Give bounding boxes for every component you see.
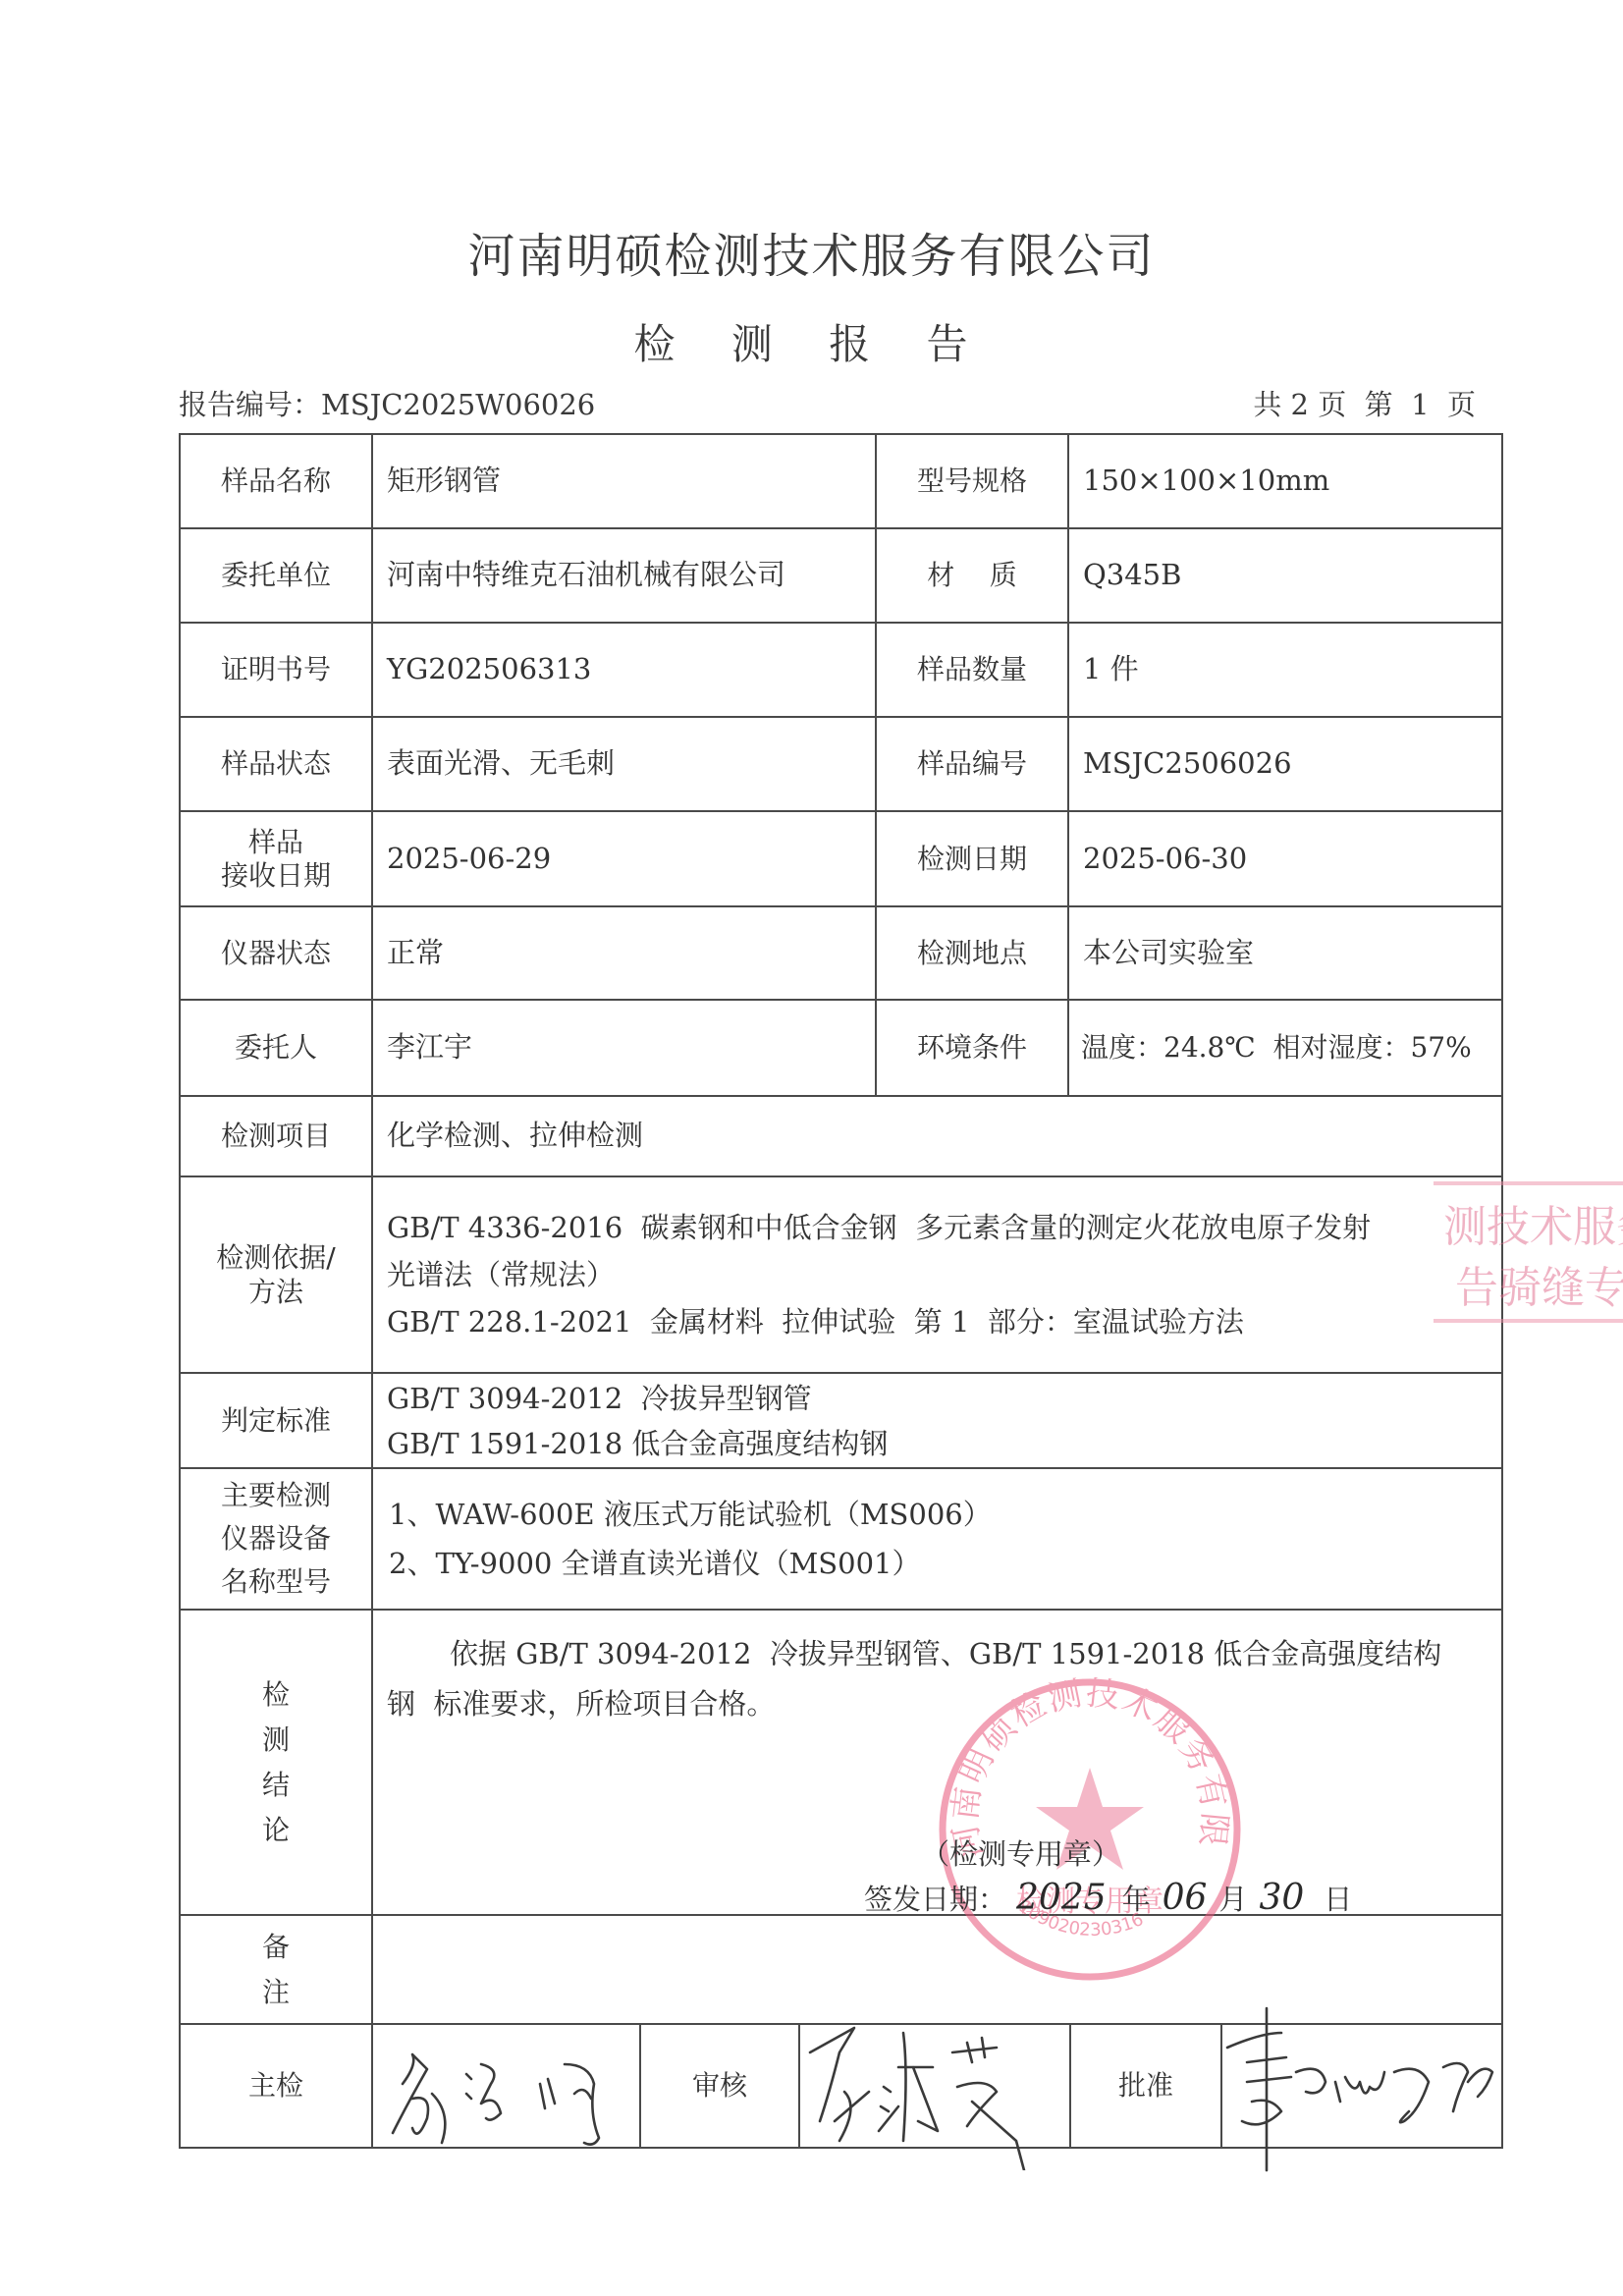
issue-day-handwritten: 30 xyxy=(1259,1878,1304,1918)
label-equipment: 主要检测 仪器设备 名称型号 xyxy=(181,1469,371,1609)
year-unit: 年 xyxy=(1122,1878,1151,1918)
issue-year-handwritten: 2025 xyxy=(1016,1878,1107,1918)
equipment-item: 2、TY-9000 全谱直读光谱仪（MS001） xyxy=(389,1539,921,1588)
label-test-basis-line2: 方法 xyxy=(248,1275,303,1309)
label-client: 委托单位 xyxy=(181,529,371,622)
test-basis-line: GB/T 4336-2016 碳素钢和中低合金钢 多元素含量的测定火花放电原子发… xyxy=(387,1204,1371,1251)
company-title: 河南明硕检测技术服务有限公司 xyxy=(0,218,1623,286)
label-equipment-line: 名称型号 xyxy=(221,1560,331,1604)
value-client: 河南中特维克石油机械有限公司 xyxy=(373,529,875,622)
label-test-items: 检测项目 xyxy=(181,1097,371,1175)
label-equipment-line: 仪器设备 xyxy=(221,1517,331,1560)
label-remarks: 备 注 xyxy=(181,1916,371,2023)
value-test-basis: GB/T 4336-2016 碳素钢和中低合金钢 多元素含量的测定火花放电原子发… xyxy=(373,1177,1501,1372)
page-indicator: 共 2 页 第 1 页 xyxy=(1253,383,1476,423)
value-sample-name: 矩形钢管 xyxy=(373,435,875,527)
value-sample-state: 表面光滑、无毛刺 xyxy=(373,718,875,810)
approver-signature xyxy=(1222,2003,1507,2175)
value-entrusted-by: 李江宇 xyxy=(373,1001,875,1095)
label-remarks-char: 备 xyxy=(262,1925,290,1970)
issue-date: 签发日期： 2025 年 06 月 30 日 xyxy=(864,1878,1352,1918)
conclusion-text-line1: 依据 GB/T 3094-2012 冷拔异型钢管、GB/T 1591-2018 … xyxy=(450,1632,1441,1672)
value-material: Q345B xyxy=(1069,529,1501,622)
criteria-line: GB/T 1591-2018 低合金高强度结构钢 xyxy=(387,1421,888,1466)
report-number-value: MSJC2025W06026 xyxy=(321,388,595,421)
label-instrument-state: 仪器状态 xyxy=(181,907,371,999)
report-number-label: 报告编号： xyxy=(179,388,321,421)
value-model-spec: 150×100×10mm xyxy=(1069,435,1501,527)
value-instrument-state: 正常 xyxy=(373,907,875,999)
value-sample-no: MSJC2506026 xyxy=(1069,718,1501,810)
label-reviewer: 审核 xyxy=(641,2025,798,2147)
table-border-bottom xyxy=(179,2147,1503,2149)
value-environment: 温度：24.8℃ 相对湿度：57% xyxy=(1069,1001,1501,1095)
value-certificate-no: YG202506313 xyxy=(373,624,875,716)
label-sample-no: 样品编号 xyxy=(877,718,1067,810)
criteria-line: GB/T 3094-2012 冷拔异型钢管 xyxy=(387,1376,812,1421)
inspector-signature xyxy=(373,2025,638,2153)
label-certificate-no: 证明书号 xyxy=(181,624,371,716)
label-test-basis: 检测依据/ 方法 xyxy=(181,1177,371,1372)
label-test-basis-line1: 检测依据/ xyxy=(216,1240,335,1275)
column-divider xyxy=(1220,2023,1222,2149)
value-test-date: 2025-06-30 xyxy=(1069,812,1501,905)
label-model-spec: 型号规格 xyxy=(877,435,1067,527)
issue-date-label: 签发日期： xyxy=(864,1878,1006,1918)
issue-month-handwritten: 06 xyxy=(1163,1878,1208,1918)
label-inspector: 主检 xyxy=(181,2025,371,2147)
column-divider xyxy=(798,2023,800,2149)
label-receive-date-line2: 接收日期 xyxy=(221,859,331,893)
page-indicator-text: 共 2 页 第 1 页 xyxy=(1253,388,1476,421)
label-conclusion-char: 论 xyxy=(262,1808,290,1853)
label-conclusion-char: 结 xyxy=(262,1763,290,1808)
label-sample-state: 样品状态 xyxy=(181,718,371,810)
label-remarks-char: 注 xyxy=(262,1970,290,2015)
value-test-items: 化学检测、拉伸检测 xyxy=(373,1097,1501,1175)
value-criteria: GB/T 3094-2012 冷拔异型钢管 GB/T 1591-2018 低合金… xyxy=(373,1374,1501,1467)
report-number: 报告编号：MSJC2025W06026 xyxy=(179,383,595,423)
label-test-date: 检测日期 xyxy=(877,812,1067,905)
table-border-right xyxy=(1501,433,1503,2149)
test-basis-line: GB/T 228.1-2021 金属材料 拉伸试验 第 1 部分：室温试验方法 xyxy=(387,1298,1244,1345)
test-basis-line: 光谱法（常规法） xyxy=(387,1251,615,1298)
label-sample-qty: 样品数量 xyxy=(877,624,1067,716)
day-unit: 日 xyxy=(1324,1878,1352,1918)
value-test-site: 本公司实验室 xyxy=(1069,907,1501,999)
value-remarks xyxy=(373,1916,1501,2023)
document-title: 检 测 报 告 xyxy=(0,312,1623,371)
label-environment: 环境条件 xyxy=(877,1001,1067,1095)
seal-caption: （检测专用章） xyxy=(921,1832,1120,1873)
row-divider xyxy=(179,2023,1503,2025)
value-equipment: 1、WAW-600E 液压式万能试验机（MS006） 2、TY-9000 全谱直… xyxy=(373,1469,1501,1609)
value-sample-qty: 1 件 xyxy=(1069,624,1501,716)
label-receive-date-line1: 样品 xyxy=(248,826,303,859)
label-equipment-line: 主要检测 xyxy=(221,1474,331,1517)
label-test-site: 检测地点 xyxy=(877,907,1067,999)
label-conclusion-char: 测 xyxy=(262,1718,290,1763)
label-approver: 批准 xyxy=(1071,2025,1220,2147)
value-receive-date: 2025-06-29 xyxy=(373,812,875,905)
conclusion-text-line2: 钢 标准要求，所检项目合格。 xyxy=(387,1682,775,1722)
label-criteria: 判定标准 xyxy=(181,1374,371,1467)
label-entrusted-by: 委托人 xyxy=(181,1001,371,1095)
label-sample-name: 样品名称 xyxy=(181,435,371,527)
label-conclusion-char: 检 xyxy=(262,1672,290,1718)
label-conclusion: 检 测 结 论 xyxy=(181,1611,371,1914)
row-divider xyxy=(179,1609,1503,1611)
label-material: 材 质 xyxy=(877,529,1067,622)
equipment-item: 1、WAW-600E 液压式万能试验机（MS006） xyxy=(389,1490,992,1539)
month-unit: 月 xyxy=(1218,1878,1247,1918)
label-receive-date: 样品 接收日期 xyxy=(181,812,371,905)
